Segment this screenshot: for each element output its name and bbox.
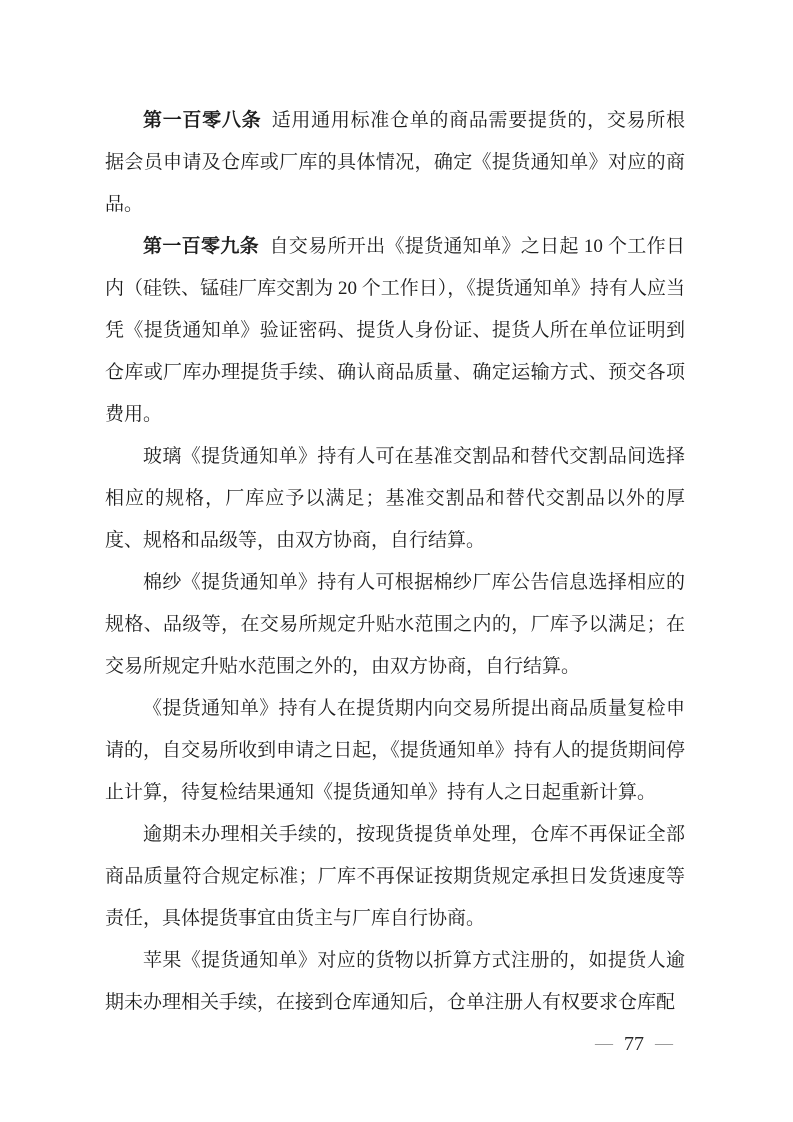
paragraph-text: 《提货通知单》持有人在提货期内向交易所提出商品质量复检申请的，自交易所收到申请之… xyxy=(105,698,685,803)
paragraph-text: 玻璃《提货通知单》持有人可在基准交割品和替代交割品间选择相应的规格，厂库应予以满… xyxy=(105,446,685,551)
paragraph-text: 逾期未办理相关手续的，按现货提货单处理，仓库不再保证全部商品质量符合规定标准；厂… xyxy=(105,824,685,929)
paragraph-overdue: 逾期未办理相关手续的，按现货提货单处理，仓库不再保证全部商品质量符合规定标准；厂… xyxy=(105,814,685,940)
paragraph-text: 苹果《提货通知单》对应的货物以折算方式注册的，如提货人逾期未办理相关手续，在接到… xyxy=(105,950,685,1013)
paragraph-quality-recheck: 《提货通知单》持有人在提货期内向交易所提出商品质量复检申请的，自交易所收到申请之… xyxy=(105,688,685,814)
paragraph-glass: 玻璃《提货通知单》持有人可在基准交割品和替代交割品间选择相应的规格，厂库应予以满… xyxy=(105,436,685,562)
footer-dash-left: — xyxy=(595,1031,613,1055)
document-page: 第一百零八条适用通用标准仓单的商品需要提货的，交易所根据会员申请及仓库或厂库的具… xyxy=(0,0,793,1122)
paragraph-text: 棉纱《提货通知单》持有人可根据棉纱厂库公告信息选择相应的规格、品级等，在交易所规… xyxy=(105,572,685,677)
paragraph-apple: 苹果《提货通知单》对应的货物以折算方式注册的，如提货人逾期未办理相关手续，在接到… xyxy=(105,940,685,1024)
paragraph-text: 自交易所开出《提货通知单》之日起 10 个工作日内（硅铁、锰硅厂库交割为 20 … xyxy=(105,236,685,425)
paragraph-article-109: 第一百零九条自交易所开出《提货通知单》之日起 10 个工作日内（硅铁、锰硅厂库交… xyxy=(105,226,685,436)
document-body: 第一百零八条适用通用标准仓单的商品需要提货的，交易所根据会员申请及仓库或厂库的具… xyxy=(105,100,685,1024)
page-number: 77 xyxy=(624,1032,644,1056)
paragraph-article-108: 第一百零八条适用通用标准仓单的商品需要提货的，交易所根据会员申请及仓库或厂库的具… xyxy=(105,100,685,226)
article-number-label: 第一百零八条 xyxy=(143,110,261,131)
page-footer: — 77 — xyxy=(595,1032,673,1056)
article-number-label: 第一百零九条 xyxy=(143,236,259,257)
footer-dash-right: — xyxy=(655,1031,673,1055)
paragraph-cotton-yarn: 棉纱《提货通知单》持有人可根据棉纱厂库公告信息选择相应的规格、品级等，在交易所规… xyxy=(105,562,685,688)
